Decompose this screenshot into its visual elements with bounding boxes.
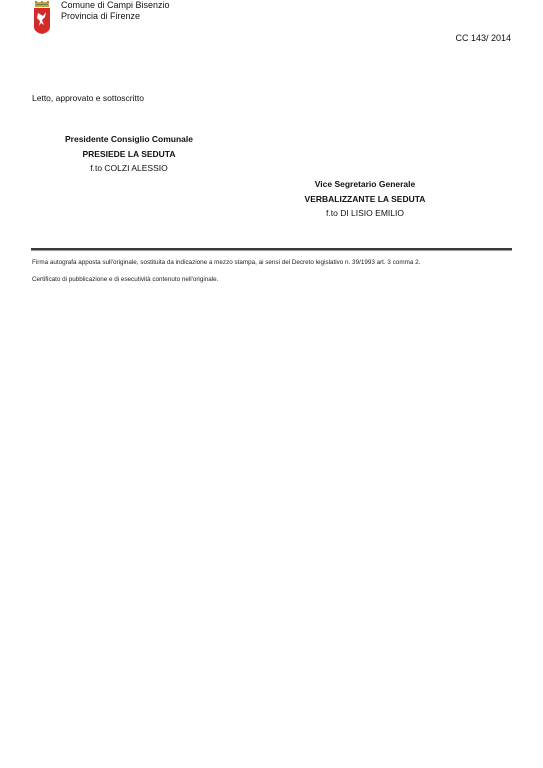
signature-title: Vice Segretario Generale	[280, 177, 450, 192]
municipal-crest-icon	[32, 1, 52, 34]
document-reference: CC 143/ 2014	[455, 33, 511, 44]
organization-name: Comune di Campi Bisenzio	[61, 0, 170, 11]
footnote-signature-notice: Firma autografa apposta sull'originale, …	[32, 259, 420, 267]
signature-name: f.to COLZI ALESSIO	[48, 161, 210, 176]
section-divider	[31, 248, 512, 251]
signature-role: VERBALIZZANTE LA SEDUTA	[280, 192, 450, 207]
footnote-certificate-notice: Certificato di pubblicazione e di esecut…	[32, 276, 218, 284]
signature-block-secretary: Vice Segretario Generale VERBALIZZANTE L…	[280, 177, 450, 221]
signature-name: f.to DI LISIO EMILIO	[280, 206, 450, 221]
signature-title: Presidente Consiglio Comunale	[48, 132, 210, 147]
approval-statement: Letto, approvato e sottoscritto	[32, 93, 144, 104]
signature-role: PRESIEDE LA SEDUTA	[48, 147, 210, 162]
organization-province: Provincia di Firenze	[61, 11, 140, 22]
signature-block-president: Presidente Consiglio Comunale PRESIEDE L…	[48, 132, 210, 176]
